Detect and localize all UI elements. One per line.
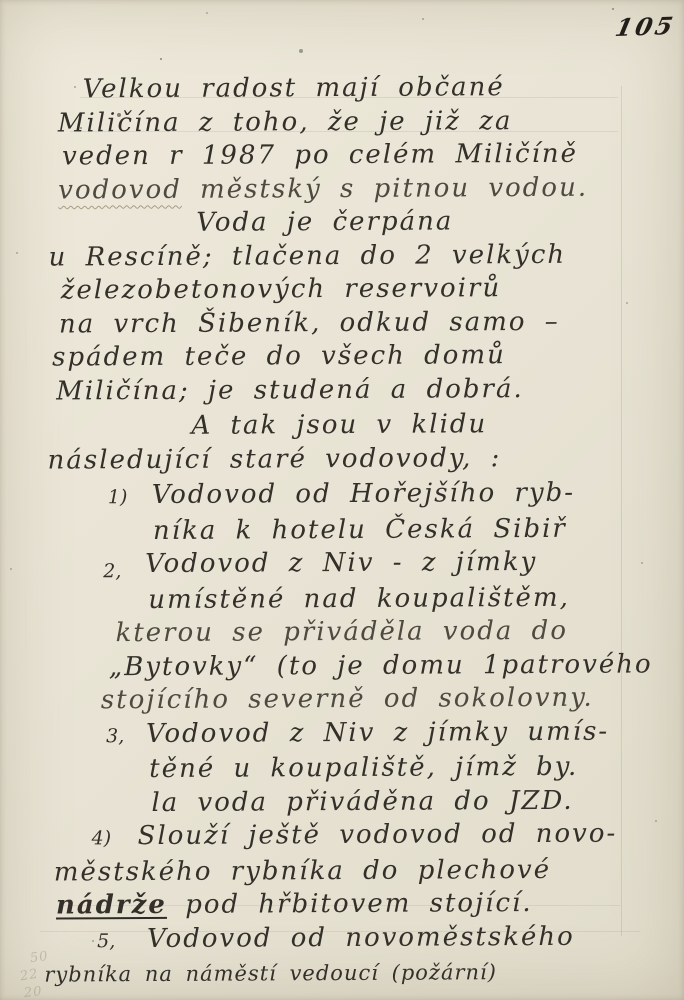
- text-line: umístěné nad koupalištěm,: [148, 581, 684, 617]
- text-line: veden r 1987 po celém Miličíně: [62, 137, 682, 174]
- page-number: 105: [613, 11, 679, 42]
- pencil-mark: 20: [23, 984, 43, 1000]
- list-number: 4): [92, 822, 138, 856]
- list-item-line: 5,Vodovod od novoměstského: [97, 920, 684, 959]
- text-line: rybníka na náměstí vedoucí (požární): [44, 955, 684, 992]
- text-line: kterou se přiváděla voda do: [115, 614, 684, 650]
- text-line: stojícího severně od sokolovny.: [101, 681, 684, 718]
- text-line: vodovod městský s pitnou vodou.: [58, 171, 682, 208]
- list-number: 1): [108, 481, 152, 515]
- text-segment: Slouží ještě vodovod od novo-: [138, 819, 618, 852]
- ink-specks: [0, 0, 2, 2]
- text-line: Velkou radost mají občané: [83, 70, 682, 107]
- manuscript-page: 105 Velkou radost mají občané Miličína z…: [0, 0, 684, 1000]
- list-item-line: 1)Vodovod od Hořejšího ryb-: [108, 476, 684, 515]
- text-segment: Vodovod od Hořejšího ryb-: [152, 478, 575, 510]
- text-segment: Vodovod z Niv - z jímky: [145, 547, 537, 579]
- list-number: 2,: [103, 555, 145, 589]
- text-line: nádrže pod hřbitovem stojící.: [56, 886, 684, 923]
- pencil-mark: 50: [29, 949, 49, 966]
- list-item-line: 2,Vodovod z Niv - z jímky: [103, 545, 684, 584]
- list-number: 5,: [97, 925, 147, 959]
- text-segment: Vodovod z Niv z jímky umís-: [146, 716, 609, 748]
- text-segment: Vodovod od novoměstského: [147, 921, 575, 953]
- text-line: níka k hotelu Česká Sibiř: [153, 512, 684, 548]
- wavy-underlined-word: vodovod: [58, 174, 182, 205]
- list-number: 3,: [106, 720, 146, 754]
- text-line: městského rybníka do plechové: [54, 853, 684, 890]
- section-heading: A tak jsou v klidu: [191, 407, 683, 443]
- text-line: těné u koupaliště, jímž by.: [149, 750, 684, 786]
- text-line: u Rescíně; tlačena do 2 velkých: [48, 238, 682, 275]
- text-line: „Bytovky“ (to je domu 1patrového: [109, 648, 684, 685]
- text-line: následující staré vodovody, :: [48, 441, 684, 478]
- section-heading: Voda je čerpána: [196, 204, 682, 240]
- text-line: Miličína z toho, že je již za: [58, 104, 682, 141]
- text-segment: pod hřbitovem stojící.: [167, 888, 533, 920]
- list-item-line: 4)Slouží ještě vodovod od novo-: [92, 817, 684, 856]
- text-segment: městský s pitnou vodou.: [182, 172, 588, 204]
- text-line: železobetonových reservoirů: [61, 271, 683, 308]
- list-item-line: 3,Vodovod z Niv z jímky umís-: [106, 715, 684, 754]
- text-line: la voda přiváděna do JZD.: [151, 784, 684, 820]
- text-line: Miličína; je studená a dobrá.: [56, 372, 683, 409]
- emphasized-word: nádrže: [56, 890, 167, 921]
- handwritten-text: Velkou radost mají občané Miličína z toh…: [0, 70, 684, 992]
- text-line: spádem teče do všech domů: [52, 338, 683, 375]
- pencil-mark: 22: [19, 967, 40, 985]
- text-line: na vrch Šibeník, odkud samo –: [59, 305, 683, 342]
